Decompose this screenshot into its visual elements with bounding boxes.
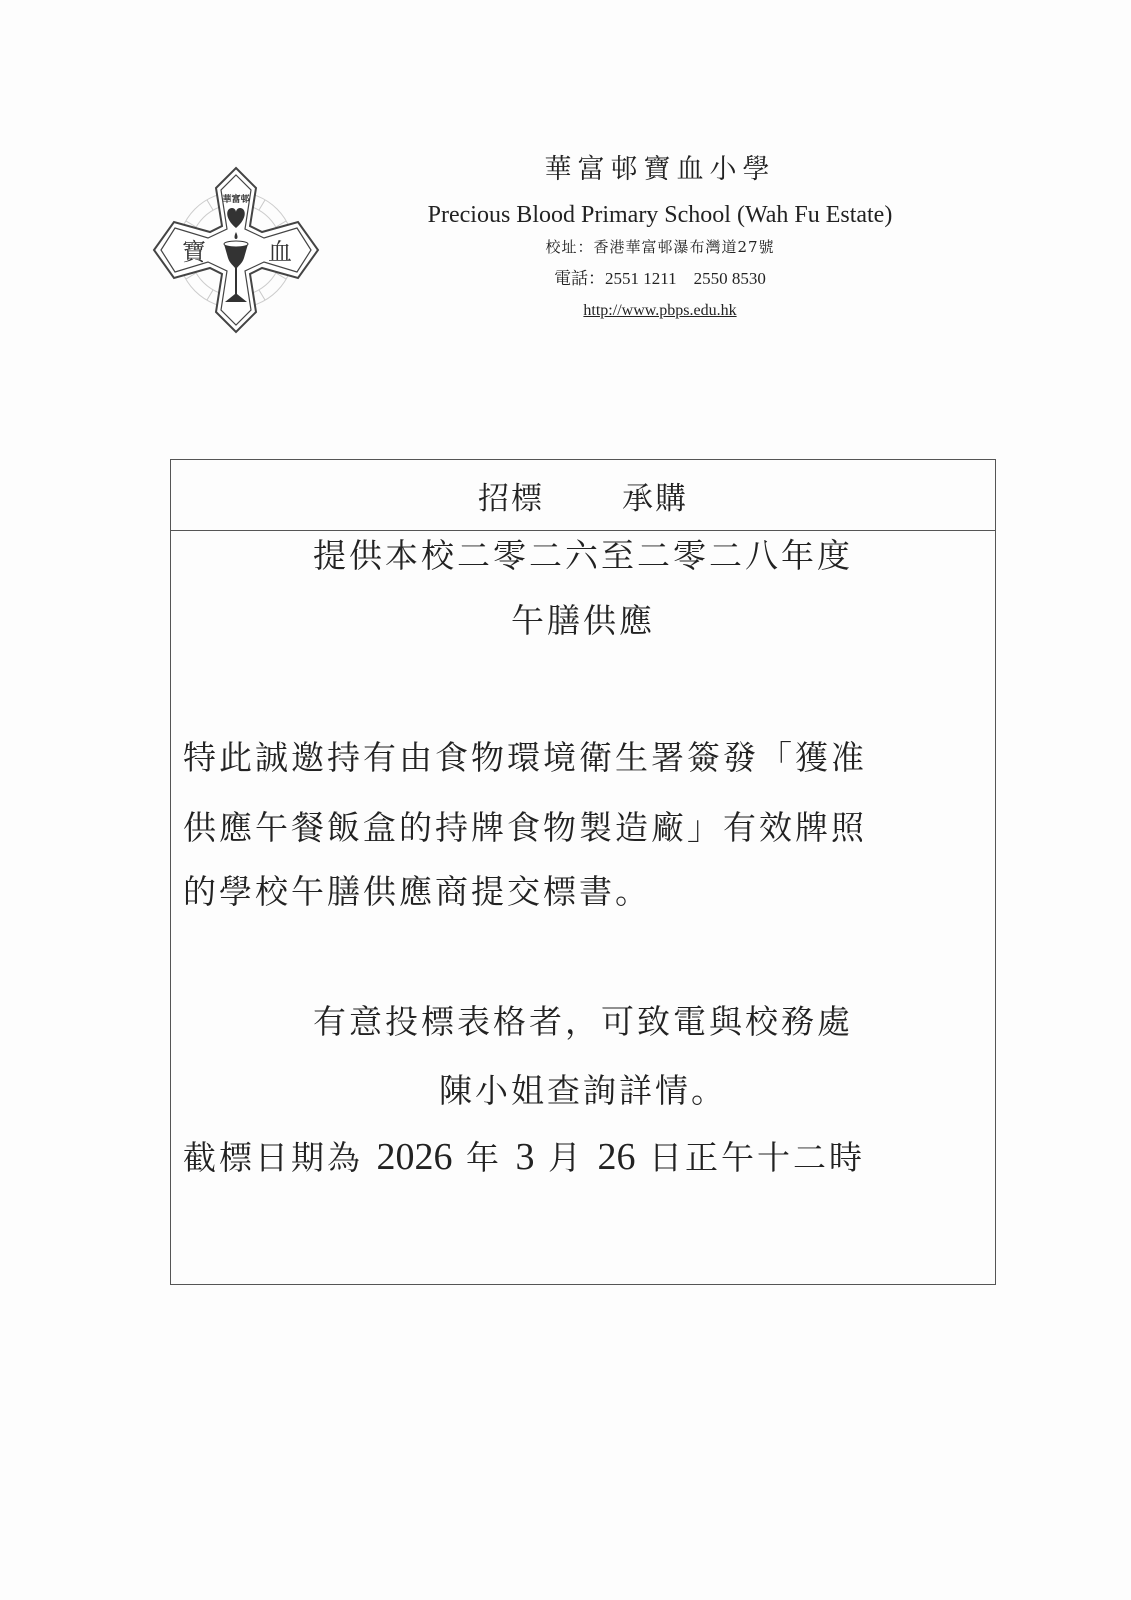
svg-text:寶: 寶 bbox=[182, 238, 206, 266]
deadline-time: 正午十二時 bbox=[685, 1138, 865, 1177]
document-page: 華富邨 寶 血 華富邨寶血小學 Precious Blood Primary S… bbox=[0, 0, 1131, 1600]
school-name-en: Precious Blood Primary School (Wah Fu Es… bbox=[390, 200, 930, 230]
notice-title-tender: 招標 bbox=[478, 473, 544, 518]
notice-contact-line-2: 陳小姐查詢詳情。 bbox=[171, 1069, 995, 1113]
school-phone: 電話：2551 1211 2550 8530 bbox=[390, 268, 930, 290]
school-crest-icon: 華富邨 寶 血 bbox=[152, 166, 320, 334]
notice-body-line-3: 的學校午膳供應商提交標書。 bbox=[171, 870, 995, 914]
notice-deadline: 截標日期為 2026 年 3 月 26 日正午十二時 bbox=[171, 1135, 995, 1180]
deadline-month-unit: 月 bbox=[548, 1138, 584, 1177]
deadline-year-unit: 年 bbox=[466, 1138, 502, 1177]
notice-subject-line-2: 午膳供應 bbox=[171, 599, 995, 643]
notice-title: 招標 承購 bbox=[171, 460, 995, 531]
school-name-zh: 華富邨寶血小學 bbox=[390, 150, 930, 190]
tender-notice-box: 招標 承購 提供本校二零二六至二零二八年度 午膳供應 特此誠邀持有由食物環境衛生… bbox=[170, 459, 996, 1285]
deadline-prefix: 截標日期為 bbox=[183, 1138, 363, 1177]
deadline-year: 2026 bbox=[377, 1136, 453, 1178]
notice-title-purchase: 承購 bbox=[622, 473, 688, 518]
notice-subject-line-1: 提供本校二零二六至二零二八年度 bbox=[171, 534, 995, 578]
svg-text:華富邨: 華富邨 bbox=[222, 193, 249, 205]
deadline-day: 26 bbox=[598, 1136, 636, 1178]
deadline-day-unit: 日 bbox=[649, 1138, 685, 1177]
notice-body-line-2: 供應午餐飯盒的持牌食物製造廠」有效牌照 bbox=[171, 806, 995, 850]
school-address: 校址：香港華富邨瀑布灣道27號 bbox=[390, 236, 930, 258]
letterhead: 華富邨寶血小學 Precious Blood Primary School (W… bbox=[390, 150, 930, 322]
deadline-month: 3 bbox=[516, 1136, 535, 1178]
school-website-link[interactable]: http://www.pbps.edu.hk bbox=[583, 300, 736, 322]
notice-body-line-1: 特此誠邀持有由食物環境衛生署簽發「獲准 bbox=[171, 736, 995, 780]
notice-contact-line-1: 有意投標表格者，可致電與校務處 bbox=[171, 1000, 995, 1044]
svg-text:血: 血 bbox=[268, 238, 292, 266]
